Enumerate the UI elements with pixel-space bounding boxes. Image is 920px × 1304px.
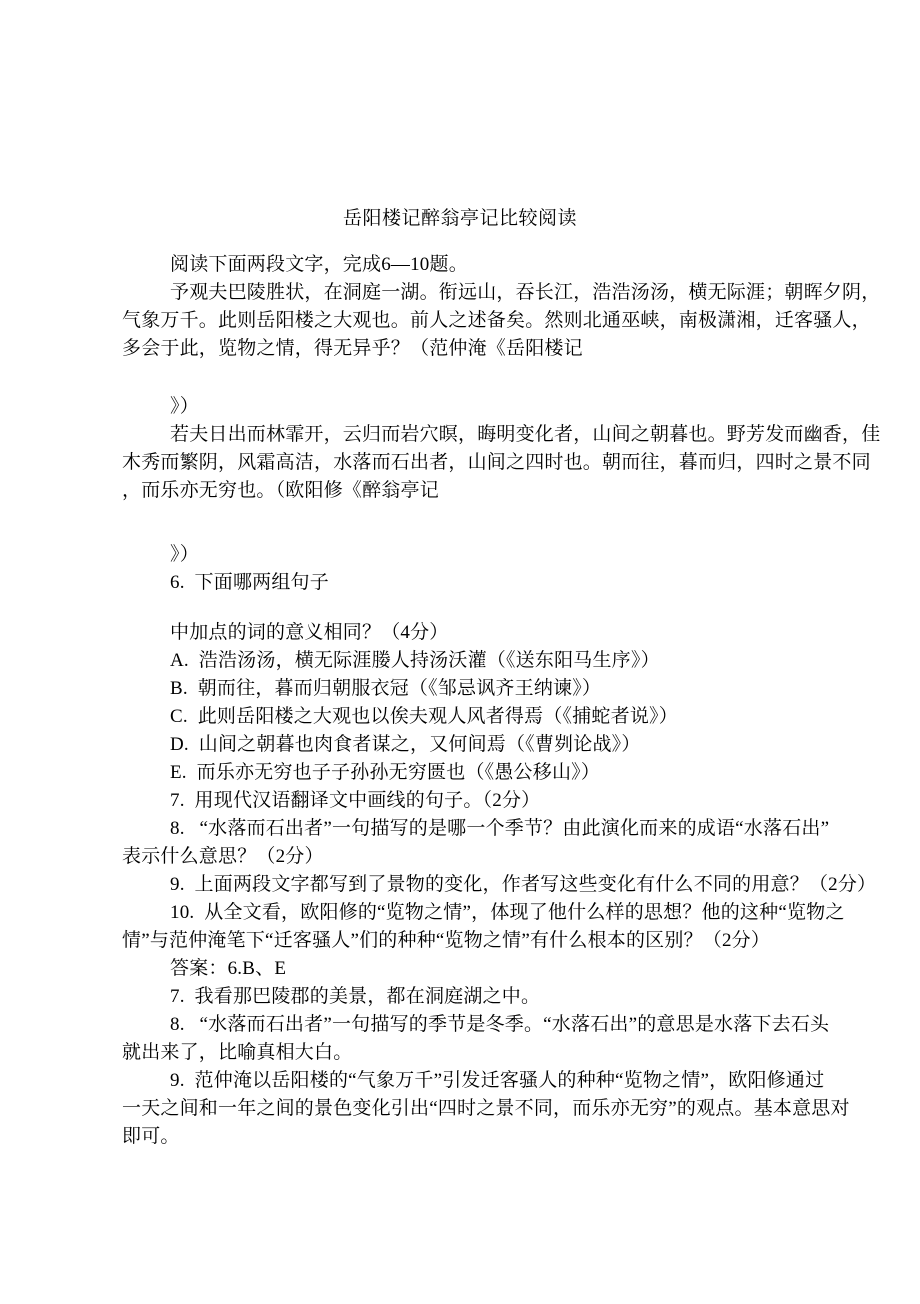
text-line: 》）: [122, 393, 912, 421]
text-line: 若夫日出而林霏开，云归而岩穴暝，晦明变化者，山间之朝暮也。野芳发而幽香，佳: [122, 421, 912, 449]
text-line: 8. “水落而石出者”一句描写的是哪一个季节？由此演化而来的成语“水落石出”: [122, 815, 912, 843]
document-title: 岳阳楼记醉翁亭记比较阅读: [0, 205, 920, 233]
text-line: 表示什么意思？（2分）: [122, 843, 912, 871]
text-line: 6. 下面哪两组句子: [122, 569, 912, 597]
text-line: 10. 从全文看，欧阳修的“览物之情”，体现了他什么样的思想？他的这种“览物之: [122, 899, 912, 927]
text-line: 即可。: [122, 1123, 912, 1151]
text-line: 阅读下面两段文字，完成6—10题。: [122, 251, 912, 279]
text-line: 多会于此，览物之情，得无异乎？（范仲淹《岳阳楼记: [122, 335, 912, 363]
text-line: 就出来了，比喻真相大白。: [122, 1039, 912, 1067]
text-line: 9. 范仲淹以岳阳楼的“气象万千”引发迁客骚人的种种“览物之情”，欧阳修通过: [122, 1067, 912, 1095]
text-line: E. 而乐亦无穷也子子孙孙无穷匮也（《愚公移山》）: [122, 759, 912, 787]
text-line: 情”与范仲淹笔下“迁客骚人”们的种种“览物之情”有什么根本的区别？（2分）: [122, 927, 912, 955]
text-line: A. 浩浩汤汤，横无际涯媵人持汤沃灌（《送东阳马生序》）: [122, 647, 912, 675]
text-line: 7. 用现代汉语翻译文中画线的句子。（2分）: [122, 787, 912, 815]
text-line: B. 朝而往，暮而归朝服衣冠（《邹忌讽齐王纳谏》）: [122, 675, 912, 703]
text-line: 木秀而繁阴，风霜高洁，水落而石出者，山间之四时也。朝而往，暮而归，四时之景不同: [122, 449, 912, 477]
text-line: 予观夫巴陵胜状，在洞庭一湖。衔远山，吞长江，浩浩汤汤，横无际涯；朝晖夕阴，: [122, 279, 912, 307]
text-line: 气象万千。此则岳阳楼之大观也。前人之述备矣。然则北通巫峡，南极潇湘，迁客骚人，: [122, 307, 912, 335]
text-line: 8. “水落而石出者”一句描写的季节是冬季。“水落石出”的意思是水落下去石头: [122, 1011, 912, 1039]
document-body: 阅读下面两段文字，完成6—10题。予观夫巴陵胜状，在洞庭一湖。衔远山，吞长江，浩…: [122, 251, 912, 1151]
text-line: D. 山间之朝暮也肉食者谋之，又何间焉（《曹刿论战》）: [122, 731, 912, 759]
document-page: 岳阳楼记醉翁亭记比较阅读 阅读下面两段文字，完成6—10题。予观夫巴陵胜状，在洞…: [0, 0, 920, 1151]
text-line: 9. 上面两段文字都写到了景物的变化，作者写这些变化有什么不同的用意？（2分）: [122, 871, 912, 899]
text-line: 7. 我看那巴陵郡的美景，都在洞庭湖之中。: [122, 983, 912, 1011]
text-line: 中加点的词的意义相同？（4分）: [122, 619, 912, 647]
text-line: ，而乐亦无穷也。（欧阳修《醉翁亭记: [122, 477, 912, 505]
text-line: 答案：6.B、E: [122, 955, 912, 983]
text-line: 一天之间和一年之间的景色变化引出“四时之景不同，而乐亦无穷”的观点。基本意思对: [122, 1095, 912, 1123]
text-line: 》）: [122, 541, 912, 569]
text-line: C. 此则岳阳楼之大观也以俟夫观人风者得焉（《捕蛇者说》）: [122, 703, 912, 731]
